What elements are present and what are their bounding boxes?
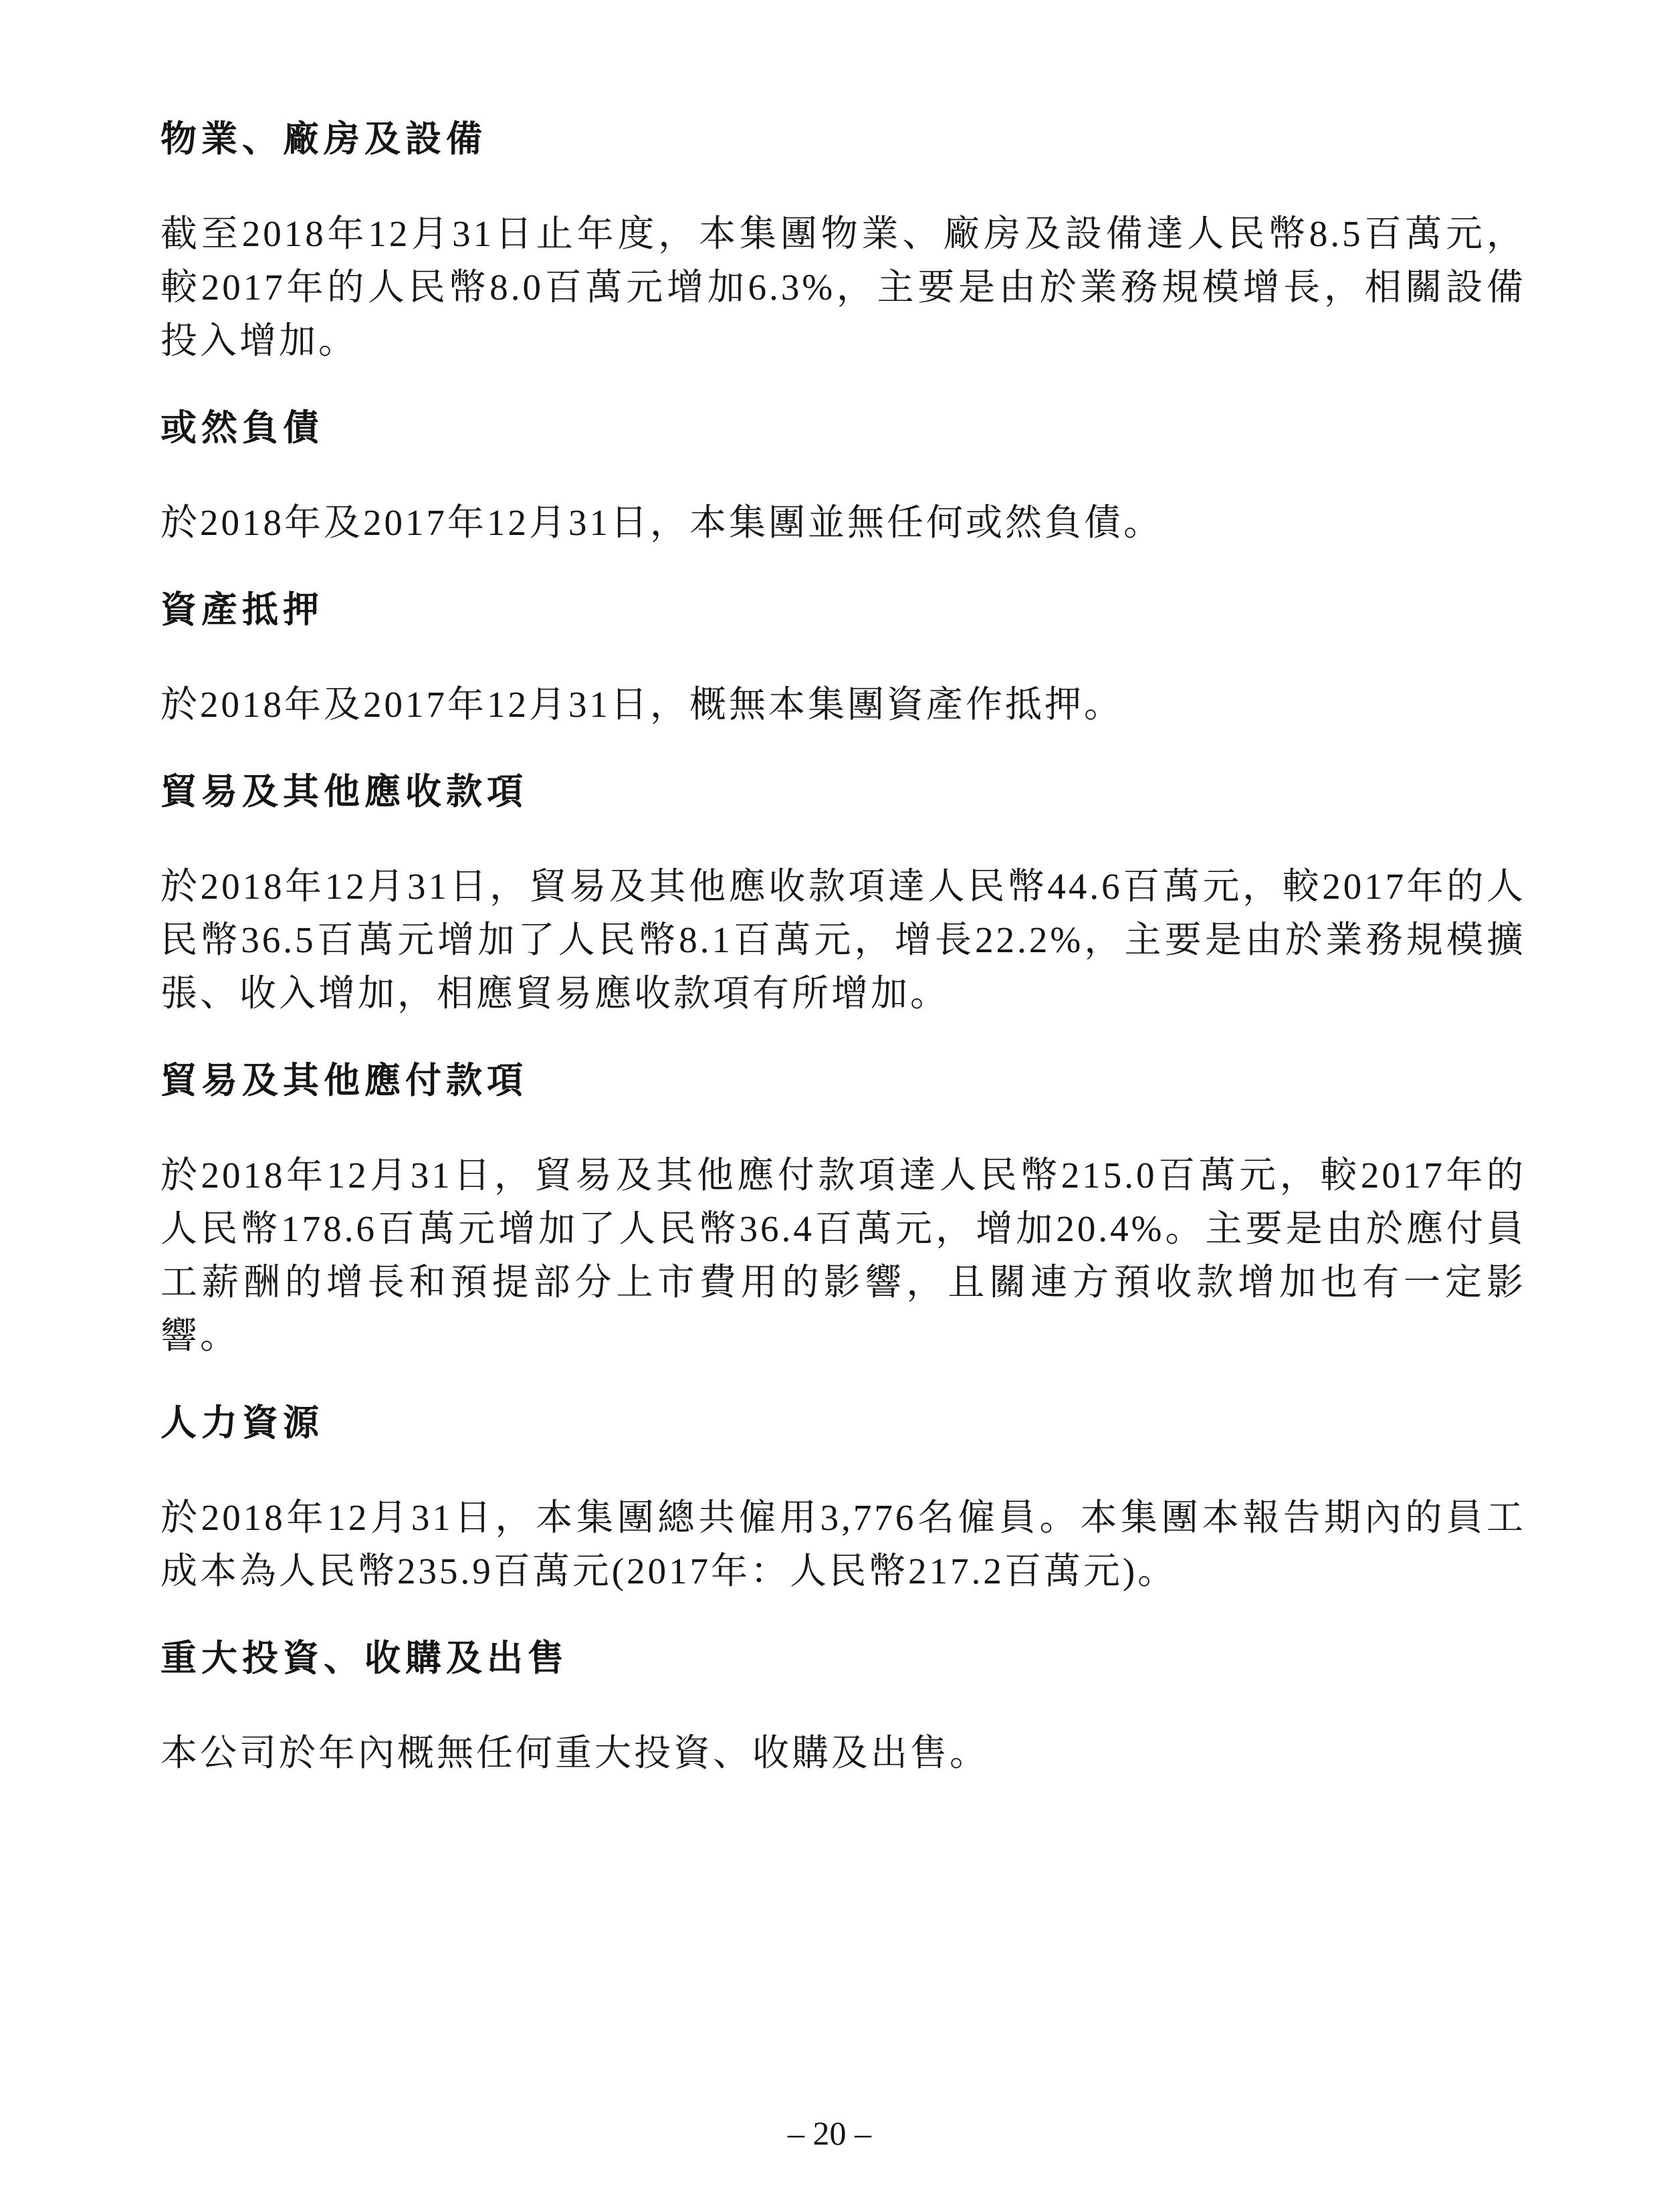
section-heading: 重大投資、收購及出售 (160, 1632, 1526, 1685)
section-heading: 或然負債 (160, 401, 1526, 455)
section-heading: 貿易及其他應付款項 (160, 1054, 1526, 1107)
section-trade-payables: 貿易及其他應付款項 於2018年12月31日，貿易及其他應付款項達人民幣215.… (160, 1054, 1526, 1363)
section-heading: 資產抵押 (160, 583, 1526, 637)
section-paragraph: 本公司於年內概無任何重大投資、收購及出售。 (160, 1727, 1526, 1780)
section-property-plant-equipment: 物業、廠房及設備 截至2018年12月31日止年度，本集團物業、廠房及設備達人民… (160, 112, 1526, 368)
section-human-resources: 人力資源 於2018年12月31日，本集團總共僱用3,776名僱員。本集團本報告… (160, 1396, 1526, 1598)
section-paragraph: 於2018年12月31日，貿易及其他應收款項達人民幣44.6百萬元，較2017年… (160, 860, 1526, 1020)
section-paragraph: 於2018年及2017年12月31日，概無本集團資產作抵押。 (160, 678, 1526, 732)
section-paragraph: 截至2018年12月31日止年度，本集團物業、廠房及設備達人民幣8.5百萬元，較… (160, 207, 1526, 368)
section-trade-receivables: 貿易及其他應收款項 於2018年12月31日，貿易及其他應收款項達人民幣44.6… (160, 765, 1526, 1020)
section-heading: 貿易及其他應收款項 (160, 765, 1526, 818)
section-heading: 人力資源 (160, 1396, 1526, 1450)
section-significant-investments: 重大投資、收購及出售 本公司於年內概無任何重大投資、收購及出售。 (160, 1632, 1526, 1780)
section-heading: 物業、廠房及設備 (160, 112, 1526, 166)
report-content: 物業、廠房及設備 截至2018年12月31日止年度，本集團物業、廠房及設備達人民… (160, 112, 1526, 1813)
section-paragraph: 於2018年12月31日，貿易及其他應付款項達人民幣215.0百萬元，較2017… (160, 1149, 1526, 1363)
section-contingent-liabilities: 或然負債 於2018年及2017年12月31日，本集團並無任何或然負債。 (160, 401, 1526, 550)
section-paragraph: 於2018年及2017年12月31日，本集團並無任何或然負債。 (160, 496, 1526, 550)
page-number: – 20 – (0, 2106, 1659, 2160)
document-page: { "page": { "number_label": "– 20 –", "t… (0, 0, 1659, 2212)
section-paragraph: 於2018年12月31日，本集團總共僱用3,776名僱員。本集團本報告期內的員工… (160, 1491, 1526, 1598)
section-pledge-of-assets: 資產抵押 於2018年及2017年12月31日，概無本集團資產作抵押。 (160, 583, 1526, 732)
